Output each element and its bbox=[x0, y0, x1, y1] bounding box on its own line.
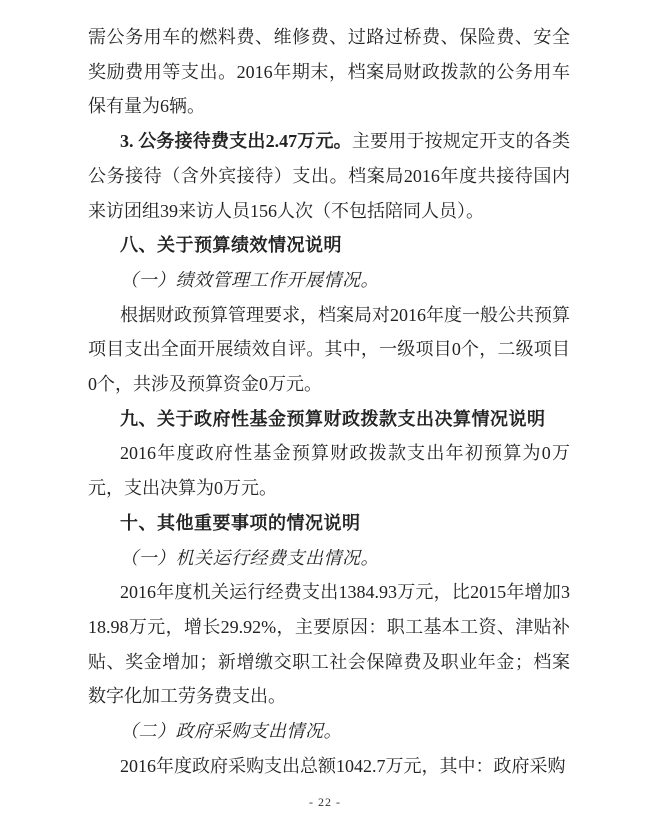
document-page: 需公务用车的燃料费、维修费、过路过桥费、保险费、安全奖励费用等支出。2016年期… bbox=[0, 0, 650, 823]
body-paragraph: 需公务用车的燃料费、维修费、过路过桥费、保险费、安全奖励费用等支出。2016年期… bbox=[88, 20, 570, 124]
body-paragraph: 2016年度政府采购支出总额1042.7万元，其中：政府采购 bbox=[88, 749, 570, 784]
section-heading: 九、关于政府性基金预算财政拨款支出决算情况说明 bbox=[88, 402, 570, 437]
section-heading: 十、其他重要事项的情况说明 bbox=[88, 506, 570, 541]
section-heading: 八、关于预算绩效情况说明 bbox=[88, 228, 570, 263]
body-paragraph: 2016年度机关运行经费支出1384.93万元，比2015年增加318.98万元… bbox=[88, 575, 570, 714]
sub-heading: （二）政府采购支出情况。 bbox=[88, 714, 570, 749]
document-body: 需公务用车的燃料费、维修费、过路过桥费、保险费、安全奖励费用等支出。2016年期… bbox=[88, 20, 570, 783]
sub-heading: （一）机关运行经费支出情况。 bbox=[88, 541, 570, 576]
body-paragraph: 根据财政预算管理要求，档案局对2016年度一般公共预算项目支出全面开展绩效自评。… bbox=[88, 298, 570, 402]
page-number: - 22 - bbox=[0, 795, 650, 810]
sub-heading: （一）绩效管理工作开展情况。 bbox=[88, 263, 570, 298]
body-paragraph: 2016年度政府性基金预算财政拨款支出年初预算为0万元，支出决算为0万元。 bbox=[88, 436, 570, 505]
body-paragraph: 3. 公务接待费支出2.47万元。主要用于按规定开支的各类公务接待（含外宾接待）… bbox=[88, 124, 570, 228]
bold-lead-text: 3. 公务接待费支出2.47万元。 bbox=[120, 131, 352, 151]
